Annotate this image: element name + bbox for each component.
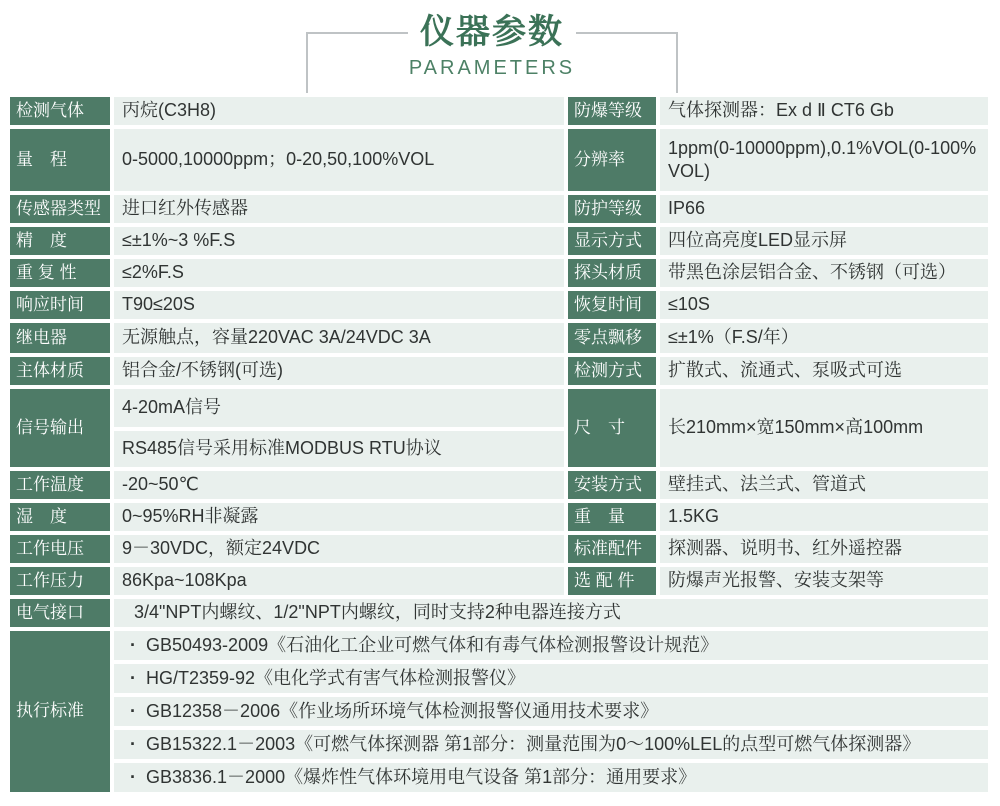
spec-label: 响应时间 [10, 291, 110, 319]
title-bracket: 仪器参数 PARAMETERS [306, 32, 678, 93]
standard-item: ·GB15322.1－2003《可燃气体探测器 第1部分：测量范围为0～100%… [114, 730, 988, 759]
spec-label: 探头材质 [568, 259, 656, 287]
spec-value: 铝合金/不锈钢(可选) [114, 357, 564, 385]
spec-label: 量 程 [10, 129, 110, 191]
spec-label: 工作电压 [10, 535, 110, 563]
spec-value: ≤±1%（F.S/年） [660, 323, 988, 353]
standard-item-text: HG/T2359-92《电化学式有害气体检测报警仪》 [146, 668, 525, 688]
spec-value: 气体探测器：Ex d Ⅱ CT6 Gb [660, 97, 988, 125]
table-row: 传感器类型 进口红外传感器 防护等级 IP66 [10, 195, 988, 223]
spec-value: 进口红外传感器 [114, 195, 564, 223]
table-row: 精 度 ≤±1%~3 %F.S 显示方式 四位高亮度LED显示屏 [10, 227, 988, 255]
table-row: 湿 度 0~95%RH非凝露 重 量 1.5KG [10, 503, 988, 531]
standard-item: ·HG/T2359-92《电化学式有害气体检测报警仪》 [114, 664, 988, 693]
spec-label: 工作温度 [10, 471, 110, 499]
table-row: 量 程 0-5000,10000ppm；0-20,50,100%VOL 分辨率 … [10, 129, 988, 191]
spec-label: 零点飘移 [568, 323, 656, 353]
table-row: ·HG/T2359-92《电化学式有害气体检测报警仪》 [10, 664, 988, 693]
spec-label: 检测气体 [10, 97, 110, 125]
spec-value: 3/4"NPT内螺纹、1/2"NPT内螺纹，同时支持2种电器连接方式 [114, 599, 988, 627]
spec-label: 湿 度 [10, 503, 110, 531]
bullet-icon: · [130, 733, 136, 756]
spec-value: 防爆声光报警、安装支架等 [660, 567, 988, 595]
spec-label: 重 量 [568, 503, 656, 531]
spec-label: 恢复时间 [568, 291, 656, 319]
spec-value: 丙烷(C3H8) [114, 97, 564, 125]
table-row: 重 复 性 ≤2%F.S 探头材质 带黑色涂层铝合金、不锈钢（可选） [10, 259, 988, 287]
spec-label: 精 度 [10, 227, 110, 255]
spec-value: ≤10S [660, 291, 988, 319]
page-title: 仪器参数 [408, 10, 576, 54]
standard-item: ·GB12358－2006《作业场所环境气体检测报警仪通用技术要求》 [114, 697, 988, 726]
spec-label: 尺 寸 [568, 389, 656, 467]
table-row: 响应时间 T90≤20S 恢复时间 ≤10S [10, 291, 988, 319]
spec-value: 无源触点，容量220VAC 3A/24VDC 3A [114, 323, 564, 353]
spec-value: 4-20mA信号 [114, 389, 564, 427]
spec-value: IP66 [660, 195, 988, 223]
spec-value: T90≤20S [114, 291, 564, 319]
parameters-table: 检测气体 丙烷(C3H8) 防爆等级 气体探测器：Ex d Ⅱ CT6 Gb 量… [6, 93, 992, 796]
standard-item-text: GB12358－2006《作业场所环境气体检测报警仪通用技术要求》 [146, 701, 658, 721]
standard-item: ·GB50493-2009《石油化工企业可燃气体和有毒气体检测报警设计规范》 [114, 631, 988, 660]
table-row: ·GB3836.1－2000《爆炸性气体环境用电气设备 第1部分：通用要求》 [10, 763, 988, 792]
spec-label: 主体材质 [10, 357, 110, 385]
spec-value: 四位高亮度LED显示屏 [660, 227, 988, 255]
spec-value: 86Kpa~108Kpa [114, 567, 564, 595]
spec-value: 长210mm×宽150mm×高100mm [660, 389, 988, 467]
spec-value: 1.5KG [660, 503, 988, 531]
table-row: ·GB15322.1－2003《可燃气体探测器 第1部分：测量范围为0～100%… [10, 730, 988, 759]
spec-value: 0-5000,10000ppm；0-20,50,100%VOL [114, 129, 564, 191]
spec-value: 带黑色涂层铝合金、不锈钢（可选） [660, 259, 988, 287]
spec-value: RS485信号采用标准MODBUS RTU协议 [114, 431, 564, 467]
standard-item-text: GB15322.1－2003《可燃气体探测器 第1部分：测量范围为0～100%L… [146, 734, 920, 754]
bullet-icon: · [130, 667, 136, 690]
spec-label: 信号输出 [10, 389, 110, 467]
spec-label: 标准配件 [568, 535, 656, 563]
bullet-icon: · [130, 700, 136, 723]
spec-label: 防护等级 [568, 195, 656, 223]
spec-label: 传感器类型 [10, 195, 110, 223]
spec-label: 安装方式 [568, 471, 656, 499]
spec-label: 分辨率 [568, 129, 656, 191]
spec-value: ≤2%F.S [114, 259, 564, 287]
bullet-icon: · [130, 766, 136, 789]
spec-label: 工作压力 [10, 567, 110, 595]
spec-value: 扩散式、流通式、泵吸式可选 [660, 357, 988, 385]
spec-value: 壁挂式、法兰式、管道式 [660, 471, 988, 499]
table-row: 工作压力 86Kpa~108Kpa 选 配 件 防爆声光报警、安装支架等 [10, 567, 988, 595]
table-row: 继电器 无源触点，容量220VAC 3A/24VDC 3A 零点飘移 ≤±1%（… [10, 323, 988, 353]
page-subtitle: PARAMETERS [308, 57, 676, 80]
spec-label: 防爆等级 [568, 97, 656, 125]
table-row: 检测气体 丙烷(C3H8) 防爆等级 气体探测器：Ex d Ⅱ CT6 Gb [10, 97, 988, 125]
bullet-icon: · [130, 634, 136, 657]
spec-label: 重 复 性 [10, 259, 110, 287]
spec-value: 探测器、说明书、红外遥控器 [660, 535, 988, 563]
spec-value: 9－30VDC，额定24VDC [114, 535, 564, 563]
spec-label: 显示方式 [568, 227, 656, 255]
standard-item-text: GB50493-2009《石油化工企业可燃气体和有毒气体检测报警设计规范》 [146, 635, 718, 655]
spec-label: 执行标准 [10, 631, 110, 792]
standard-item-text: GB3836.1－2000《爆炸性气体环境用电气设备 第1部分：通用要求》 [146, 767, 696, 787]
parameters-header: 仪器参数 PARAMETERS [0, 0, 1000, 93]
spec-label: 检测方式 [568, 357, 656, 385]
spec-value: ≤±1%~3 %F.S [114, 227, 564, 255]
table-row: 工作温度 -20~50℃ 安装方式 壁挂式、法兰式、管道式 [10, 471, 988, 499]
spec-label: 选 配 件 [568, 567, 656, 595]
table-row: ·GB12358－2006《作业场所环境气体检测报警仪通用技术要求》 [10, 697, 988, 726]
standard-item: ·GB3836.1－2000《爆炸性气体环境用电气设备 第1部分：通用要求》 [114, 763, 988, 792]
spec-value: 1ppm(0-10000ppm),0.1%VOL(0-100%VOL) [660, 129, 988, 191]
table-row: 主体材质 铝合金/不锈钢(可选) 检测方式 扩散式、流通式、泵吸式可选 [10, 357, 988, 385]
table-row: 信号输出 4-20mA信号 尺 寸 长210mm×宽150mm×高100mm [10, 389, 988, 427]
spec-label: 继电器 [10, 323, 110, 353]
table-row: 工作电压 9－30VDC，额定24VDC 标准配件 探测器、说明书、红外遥控器 [10, 535, 988, 563]
table-row: 执行标准 ·GB50493-2009《石油化工企业可燃气体和有毒气体检测报警设计… [10, 631, 988, 660]
spec-value: 0~95%RH非凝露 [114, 503, 564, 531]
spec-value: -20~50℃ [114, 471, 564, 499]
spec-label: 电气接口 [10, 599, 110, 627]
table-row: 电气接口 3/4"NPT内螺纹、1/2"NPT内螺纹，同时支持2种电器连接方式 [10, 599, 988, 627]
